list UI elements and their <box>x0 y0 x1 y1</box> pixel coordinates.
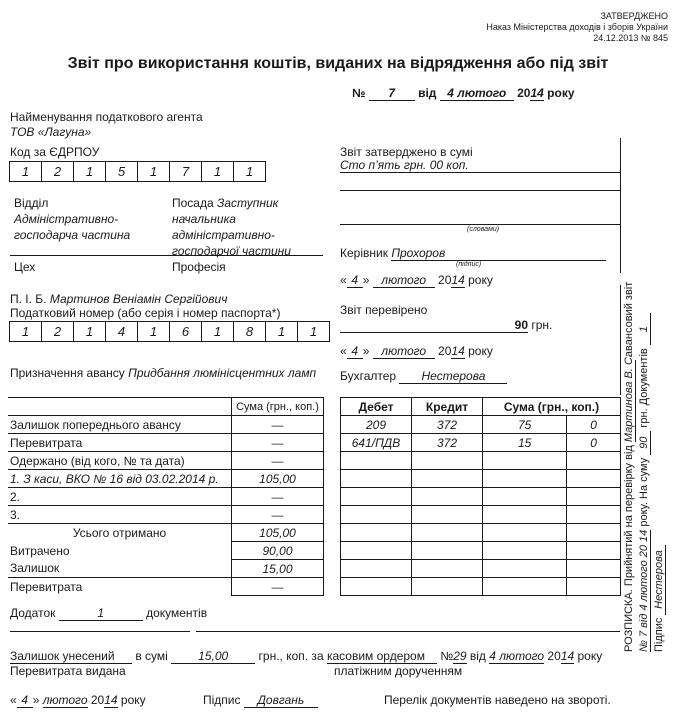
sum-kop-cell <box>567 506 621 524</box>
sum-uah-cell <box>483 524 567 542</box>
credit-cell <box>412 452 483 470</box>
edrpou-label: Код за ЄДРПОУ <box>10 145 99 159</box>
table-row <box>341 524 621 542</box>
shop-label: Цех <box>14 260 35 274</box>
row-value: — <box>232 452 324 470</box>
digit-cell: 1 <box>202 162 234 181</box>
digit-cell: 1 <box>10 322 42 341</box>
order-date: 4 лютого <box>489 649 544 664</box>
sum-kop-cell <box>567 524 621 542</box>
sum-label: в сумі <box>135 649 168 663</box>
sum-uah-cell <box>483 506 567 524</box>
year-prefix: 20 <box>91 693 104 707</box>
year-prefix: 20 <box>547 649 560 663</box>
receipt-number: № 7 від 4 лютого 20 14 <box>638 530 651 652</box>
credit-cell <box>412 560 483 578</box>
sum-kop-cell <box>567 542 621 560</box>
table-row: 3.— <box>8 506 324 524</box>
table-row: Залишок попереднього авансу— <box>8 416 324 434</box>
divider <box>620 285 621 395</box>
department: Відділ Адміністративно- господарча части… <box>14 195 130 243</box>
debit-cell <box>341 524 412 542</box>
year-suffix: 14 <box>104 693 117 708</box>
credit-cell: 372 <box>412 416 483 434</box>
checked-label: Звіт перевірено <box>340 303 427 317</box>
row-value: — <box>232 578 324 596</box>
debit-cell <box>341 452 412 470</box>
approval-date: «4» лютого 2014 року <box>340 273 493 288</box>
digit-cell: 1 <box>234 162 266 181</box>
table-row: 2.— <box>8 488 324 506</box>
pib: П. І. Б. Мартинов Веніамін Сергійович <box>10 292 227 306</box>
row-value: 105,00 <box>232 470 324 488</box>
year-prefix: 20 <box>438 344 451 358</box>
documents-note: Перелік документів наведено на звороті. <box>384 693 611 707</box>
debit-cell <box>341 542 412 560</box>
order-number: 29 <box>453 649 466 664</box>
report-number: 7 <box>369 86 415 101</box>
method-cash-order: касовим ордером <box>327 649 437 664</box>
report-number-line: № 7 від 4 лютого 2014 року <box>352 86 575 101</box>
year-prefix: 20 <box>438 273 451 287</box>
day: 4 <box>347 273 363 288</box>
divider <box>340 190 620 191</box>
row-value: 90,00 <box>232 542 324 560</box>
month: лютого <box>43 693 88 708</box>
position-value: Заступник <box>217 196 278 210</box>
purpose-label: Призначення авансу <box>10 366 125 380</box>
row-label: Залишок <box>8 560 232 578</box>
row-label: Перевитрата <box>8 578 232 596</box>
table-row <box>341 452 621 470</box>
year-label: року <box>577 649 602 663</box>
debit-cell <box>341 470 412 488</box>
digit-cell: 2 <box>42 162 74 181</box>
divider <box>196 631 620 632</box>
sign-label: Підпис <box>203 693 241 707</box>
order-date: 24.12.2013 № 845 <box>486 33 668 44</box>
words-caption: (словами) <box>467 226 499 233</box>
position-value-2: начальника <box>172 211 291 227</box>
row-label: 3. <box>8 506 232 524</box>
credit-cell <box>412 506 483 524</box>
remainder-label: Залишок унесений <box>10 649 132 664</box>
year-suffix: 14 <box>530 86 543 101</box>
table-row: 1. З каси, ВКО № 16 від 03.02.2014 р.105… <box>8 470 324 488</box>
divider <box>340 224 620 225</box>
receipt-line-1: РОЗПИСКА. Прийнятий на перевірку від Мар… <box>623 282 636 652</box>
debit-cell <box>341 488 412 506</box>
row-value: — <box>232 488 324 506</box>
checked-date: «4» лютого 2014 року <box>340 344 493 359</box>
col-debit: Дебет <box>341 398 412 416</box>
department-value: Адміністративно- <box>14 211 130 227</box>
currency: грн. <box>531 318 552 332</box>
attach-suffix: документів <box>146 606 207 620</box>
credit-cell <box>412 470 483 488</box>
approval-stamp: ЗАТВЕРДЖЕНО Наказ Міністерства доходів і… <box>486 11 668 44</box>
digit-cell: 7 <box>170 162 202 181</box>
sum-uah-cell <box>483 560 567 578</box>
sum-uah-cell <box>483 542 567 560</box>
row-value: — <box>232 506 324 524</box>
approved-label: ЗАТВЕРДЖЕНО <box>486 11 668 22</box>
table-row: 641/ПДВ372150 <box>341 434 621 452</box>
no-label: № <box>440 649 453 663</box>
digit-cell: 1 <box>138 162 170 181</box>
day: 4 <box>17 693 33 708</box>
credit-cell <box>412 542 483 560</box>
row-label: Перевитрата <box>8 434 232 452</box>
month: лютого <box>373 344 435 359</box>
agent-name-label: Найменування податкового агента <box>10 110 203 124</box>
receipt-sign-label: Підпис <box>653 618 665 652</box>
table-row <box>341 578 621 596</box>
sign-caption: (підпис) <box>456 261 481 268</box>
debit-cell: 209 <box>341 416 412 434</box>
position-label: Посада <box>172 196 214 210</box>
divider <box>10 631 190 632</box>
purpose-value: Придбання люмінісцентних ламп <box>128 366 316 380</box>
accountant-value: Нестерова <box>399 369 507 384</box>
credit-cell <box>412 488 483 506</box>
row-label: Витрачено <box>8 542 232 560</box>
head-value: Прохоров <box>391 246 606 261</box>
digit-cell: 6 <box>170 322 202 341</box>
sum-kop-cell <box>567 578 621 596</box>
head-label: Керівник <box>340 246 388 260</box>
row-label: Одержано (від кого, № та дата) <box>8 452 232 470</box>
attachment-line: Додаток 1 документів <box>10 606 207 621</box>
digit-cell: 1 <box>266 322 298 341</box>
sum-uah-cell: 15 <box>483 434 567 452</box>
row-value: 105,00 <box>232 524 324 542</box>
receipt-name: Мартинова В. С. <box>623 360 636 442</box>
digit-cell: 8 <box>234 322 266 341</box>
row-label: Усього отримано <box>8 524 232 542</box>
position-value-4: господарчої частини <box>172 243 291 259</box>
approved-sum-words: Сто п’ять грн. 00 коп. <box>340 158 469 172</box>
credit-cell <box>412 524 483 542</box>
accountant-label: Бухгалтер <box>340 369 396 383</box>
method-payment-order: платіжним дорученням <box>334 664 462 678</box>
agent-name-value: ТОВ «Лагуна» <box>10 125 91 139</box>
sum-uah-cell <box>483 578 567 596</box>
table-row: 209372750 <box>341 416 621 434</box>
table-row <box>341 560 621 578</box>
sum-kop-cell: 0 <box>567 434 621 452</box>
row-value: — <box>232 434 324 452</box>
department-value-2: господарча частина <box>14 227 130 243</box>
receipt-docs: 1 <box>638 313 651 345</box>
advance-summary-table: Сума (грн., коп.)Залишок попереднього ав… <box>8 397 324 596</box>
row-label: 1. З каси, ВКО № 16 від 03.02.2014 р. <box>8 470 232 488</box>
order-label: Наказ Міністерства доходів і зборів Укра… <box>486 22 668 33</box>
currency-label: грн., коп. за <box>259 649 324 663</box>
receipt-sign-value: Нестерова <box>653 545 666 615</box>
digit-cell: 5 <box>106 162 138 181</box>
sum-uah-cell: 75 <box>483 416 567 434</box>
digit-cell: 1 <box>10 162 42 181</box>
no-label: № <box>352 86 365 100</box>
position-value-3: адміністративно- <box>172 227 291 243</box>
row-value: 15,00 <box>232 560 324 578</box>
year-suffix: 14 <box>561 649 574 664</box>
department-label: Відділ <box>14 195 130 211</box>
accountant-signature: Бухгалтер Нестерова <box>340 369 507 384</box>
sign-value: Довгань <box>244 693 318 708</box>
receipt-text: РОЗПИСКА. Прийнятий на перевірку від <box>623 445 635 652</box>
credit-cell: 372 <box>412 434 483 452</box>
sum-kop-cell <box>567 488 621 506</box>
blank <box>8 398 232 416</box>
digit-cell: 1 <box>202 322 234 341</box>
month: лютого <box>373 273 435 288</box>
divider <box>10 255 323 256</box>
attach-count: 1 <box>59 606 143 621</box>
receipt-text-3: року. На суму <box>638 458 650 527</box>
table-row: Одержано (від кого, № та дата)— <box>8 452 324 470</box>
head-signature: Керівник Прохоров <box>340 246 606 261</box>
table-row <box>341 506 621 524</box>
year-label: року <box>121 693 146 707</box>
digit-cell: 4 <box>106 322 138 341</box>
approved-sum-label: Звіт затверджено в сумі <box>340 145 473 159</box>
edrpou-code-cells: 12151711 <box>9 161 266 182</box>
receipt-text-2: авансовий звіт <box>623 282 635 357</box>
checked-amount: 90 <box>340 318 528 333</box>
position: Посада Заступник начальника адміністрати… <box>172 195 291 259</box>
footer-date: «4» лютого 2014 року <box>10 693 146 708</box>
sum-uah-cell <box>483 452 567 470</box>
table-row: Перевитрата— <box>8 434 324 452</box>
attach-label: Додаток <box>10 606 55 620</box>
table-row <box>341 542 621 560</box>
from-label: від <box>418 86 436 100</box>
pib-label: П. І. Б. <box>10 292 47 306</box>
year-label: року <box>468 344 493 358</box>
sum-uah-cell <box>483 488 567 506</box>
debit-cell <box>341 560 412 578</box>
profession-label: Професія <box>172 260 226 274</box>
digit-cell: 1 <box>138 322 170 341</box>
day: 4 <box>347 344 363 359</box>
receipt-line-2: № 7 від 4 лютого 20 14 року. На суму 90 … <box>638 313 651 652</box>
checked-amount-line: 90 грн. <box>340 318 552 333</box>
row-value: — <box>232 416 324 434</box>
row-label: Залишок попереднього авансу <box>8 416 232 434</box>
report-date: 4 лютого <box>440 86 514 101</box>
table-row: Залишок15,00 <box>8 560 324 578</box>
table-row <box>341 488 621 506</box>
pib-value: Мартинов Веніамін Сергійович <box>50 292 228 306</box>
overspend-label: Перевитрата видана <box>10 664 126 678</box>
sum-kop-cell <box>567 470 621 488</box>
sum-kop-cell <box>567 452 621 470</box>
tax-number-label: Податковий номер (або серія і номер пасп… <box>10 306 280 320</box>
debit-cell <box>341 506 412 524</box>
sum-value: 15,00 <box>171 649 255 664</box>
digit-cell: 1 <box>298 322 330 341</box>
debit-cell: 641/ПДВ <box>341 434 412 452</box>
table-row: Перевитрата— <box>8 578 324 596</box>
year-label: року <box>468 273 493 287</box>
divider <box>620 138 621 273</box>
year-label: року <box>547 86 574 100</box>
table-row: Витрачено90,00 <box>8 542 324 560</box>
year-suffix: 14 <box>451 273 464 288</box>
year-suffix: 14 <box>451 344 464 359</box>
debit-cell <box>341 578 412 596</box>
receipt-line-3: Підпис Нестерова <box>653 545 666 652</box>
amount-header: Сума (грн., коп.) <box>232 398 324 416</box>
divider <box>340 172 620 173</box>
tax-number-cells: 1214161811 <box>9 321 330 342</box>
col-credit: Кредит <box>412 398 483 416</box>
footer-signature: Підпис Довгань <box>203 693 318 708</box>
receipt-sum: 90 <box>638 431 651 455</box>
sum-kop-cell: 0 <box>567 416 621 434</box>
advance-purpose: Призначення авансу Придбання люмінісцент… <box>10 366 316 380</box>
remainder-line: Залишок унесений в сумі 15,00 грн., коп.… <box>10 649 602 664</box>
table-row: Усього отримано105,00 <box>8 524 324 542</box>
digit-cell: 1 <box>74 322 106 341</box>
row-label: 2. <box>8 488 232 506</box>
from-label: від <box>470 649 486 663</box>
sum-kop-cell <box>567 560 621 578</box>
digit-cell: 2 <box>42 322 74 341</box>
digit-cell: 1 <box>74 162 106 181</box>
receipt-text-4: грн. Документів <box>638 348 650 427</box>
sum-uah-cell <box>483 470 567 488</box>
col-sum: Сума (грн., коп.) <box>483 398 621 416</box>
accounting-entries-table: Дебет Кредит Сума (грн., коп.) 209372750… <box>340 397 621 596</box>
page-title: Звіт про використання коштів, виданих на… <box>0 55 676 73</box>
table-row <box>341 470 621 488</box>
year-prefix: 20 <box>517 86 530 100</box>
credit-cell <box>412 578 483 596</box>
